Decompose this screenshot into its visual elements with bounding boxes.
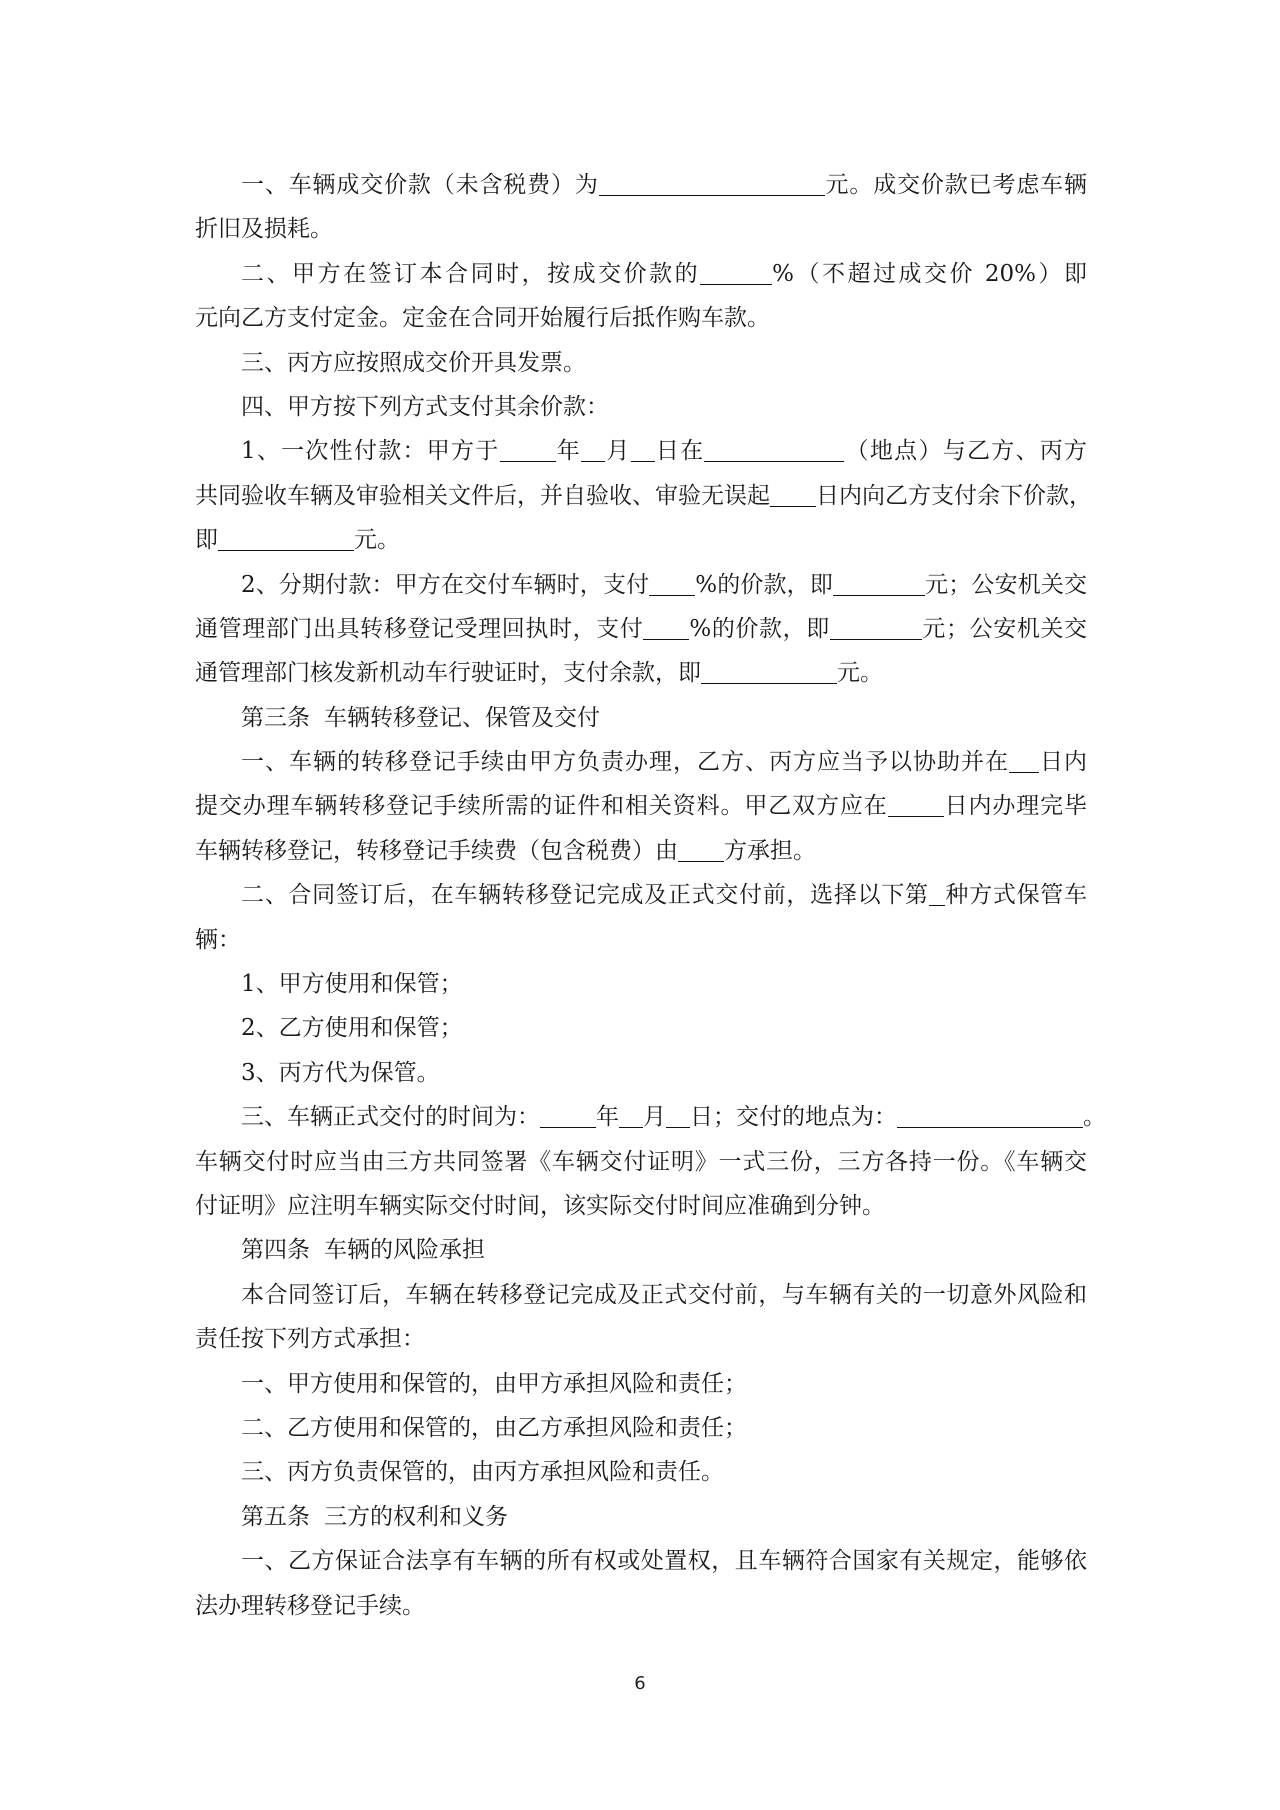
text-run: 车辆交付时应当由三方共同签署《车辆交付证明》一式三份，三方各持一份。《车辆交 <box>195 1149 1087 1175</box>
paragraph-line: 1、一次性付款：甲方于年月日在（地点）与乙方、丙方 <box>195 429 1087 473</box>
text-run: 元。 <box>837 660 883 686</box>
text-run: 一、车辆的转移登记手续由甲方负责办理，乙方、丙方应当予以协助并在 <box>241 749 1009 775</box>
text-run: 元向乙方支付定金。定金在合同开始履行后抵作购车款。 <box>195 305 770 331</box>
paragraph-line: 责任按下列方式承担： <box>195 1317 1087 1361</box>
text-run: 日在 <box>655 438 705 464</box>
article-number: 第四条 <box>241 1237 310 1263</box>
text-run: 折旧及损耗。 <box>195 216 333 242</box>
text-run: 2、乙方使用和保管； <box>241 1015 463 1041</box>
paragraph-line: 1、甲方使用和保管； <box>195 962 1087 1006</box>
paragraph-line: 2、分期付款：甲方在交付车辆时，支付%的价款，即元；公安机关交 <box>195 563 1087 607</box>
text-run: 月 <box>605 438 631 464</box>
paragraph-line: 付证明》应注明车辆实际交付时间，该实际交付时间应准确到分钟。 <box>195 1184 1087 1228</box>
text-run: 通管理部门核发新机动车行驶证时，支付余款，即 <box>195 660 701 686</box>
text-run: 1、甲方使用和保管； <box>241 971 463 997</box>
article-heading: 第三条车辆转移登记、保管及交付 <box>195 696 1087 740</box>
fill-in-blank[interactable] <box>649 569 695 596</box>
text-run: 元。成交价款已考虑车辆 <box>825 172 1087 198</box>
text-run: 元；公安机关交 <box>922 616 1087 642</box>
text-run: 元。 <box>354 527 400 553</box>
fill-in-blank[interactable] <box>1009 746 1039 773</box>
article-heading: 第五条三方的权利和义务 <box>195 1495 1087 1539</box>
paragraph-line: 辆： <box>195 918 1087 962</box>
text-run: 元；公安机关交 <box>925 572 1087 598</box>
text-run: 日内向乙方支付余下价款， <box>816 483 1092 509</box>
fill-in-blank[interactable] <box>888 790 944 817</box>
paragraph-line: 一、车辆的转移登记手续由甲方负责办理，乙方、丙方应当予以协助并在日内 <box>195 740 1087 784</box>
text-run: 日内 <box>1039 749 1087 775</box>
text-run: 通管理部门出具转移登记受理回执时，支付 <box>195 616 643 642</box>
paragraph-line: 三、丙方应按照成交价开具发票。 <box>195 341 1087 385</box>
article-number: 第三条 <box>241 705 310 731</box>
text-run: 方承担。 <box>724 838 816 864</box>
paragraph-line: 一、乙方保证合法享有车辆的所有权或处置权，且车辆符合国家有关规定，能够依 <box>195 1539 1087 1583</box>
paragraph-line: 折旧及损耗。 <box>195 207 1087 251</box>
text-run: 1、一次性付款：甲方于 <box>241 438 500 464</box>
paragraph-line: 共同验收车辆及审验相关文件后，并自验收、审验无误起日内向乙方支付余下价款， <box>195 474 1087 518</box>
paragraph-line: 通管理部门出具转移登记受理回执时，支付%的价款，即元；公安机关交 <box>195 607 1087 651</box>
text-run: 年 <box>596 1104 619 1130</box>
text-run: 一、甲方使用和保管的，由甲方承担风险和责任； <box>241 1371 747 1397</box>
paragraph-line: 提交办理车辆转移登记手续所需的证件和相关资料。甲乙双方应在日内办理完毕 <box>195 784 1087 828</box>
paragraph-line: 3、丙方代为保管。 <box>195 1051 1087 1095</box>
fill-in-blank[interactable] <box>833 569 925 596</box>
paragraph-line: 四、甲方按下列方式支付其余价款： <box>195 385 1087 429</box>
paragraph-line: 二、合同签订后，在车辆转移登记完成及正式交付前，选择以下第种方式保管车 <box>195 873 1087 917</box>
text-run: 月 <box>643 1104 666 1130</box>
paragraph-line: 二、甲方在签订本合同时，按成交价款的%（不超过成交价 20%）即 <box>195 252 1087 296</box>
text-run: 2、分期付款：甲方在交付车辆时，支付 <box>241 572 649 598</box>
text-run: %（不超过成交价 20%）即 <box>772 261 1087 287</box>
fill-in-blank[interactable] <box>666 1101 690 1128</box>
text-run: 一、车辆成交价款（未含税费）为 <box>241 172 599 198</box>
text-run: 二、合同签订后，在车辆转移登记完成及正式交付前，选择以下第 <box>241 882 929 908</box>
page-number: 6 <box>0 1673 1280 1694</box>
text-run: 共同验收车辆及审验相关文件后，并自验收、审验无误起 <box>195 483 770 509</box>
text-run: 四、甲方按下列方式支付其余价款： <box>241 394 609 420</box>
text-run: 日内办理完毕 <box>944 793 1087 819</box>
paragraph-line: 本合同签订后，车辆在转移登记完成及正式交付前，与车辆有关的一切意外风险和 <box>195 1273 1087 1317</box>
text-run: 3、丙方代为保管。 <box>241 1060 440 1086</box>
paragraph-line: 三、丙方负责保管的，由丙方承担风险和责任。 <box>195 1450 1087 1494</box>
text-run: 车辆转移登记，转移登记手续费（包含税费）由 <box>195 838 678 864</box>
text-run: %的价款，即 <box>695 572 833 598</box>
article-heading: 第四条车辆的风险承担 <box>195 1228 1087 1272</box>
text-run: 付证明》应注明车辆实际交付时间，该实际交付时间应准确到分钟。 <box>195 1193 885 1219</box>
paragraph-line: 法办理转移登记手续。 <box>195 1584 1087 1628</box>
fill-in-blank[interactable] <box>678 835 724 862</box>
paragraph-line: 一、甲方使用和保管的，由甲方承担风险和责任； <box>195 1362 1087 1406</box>
paragraph-line: 车辆交付时应当由三方共同签署《车辆交付证明》一式三份，三方各持一份。《车辆交 <box>195 1140 1087 1184</box>
fill-in-blank[interactable] <box>540 1101 596 1128</box>
text-run: 二、甲方在签订本合同时，按成交价款的 <box>241 261 700 287</box>
text-run: 本合同签订后，车辆在转移登记完成及正式交付前，与车辆有关的一切意外风险和 <box>241 1282 1087 1308</box>
paragraph-line: 三、车辆正式交付的时间为：年月日；交付的地点为：。 <box>195 1095 1087 1139</box>
article-number: 第五条 <box>241 1504 310 1530</box>
fill-in-blank[interactable] <box>619 1101 643 1128</box>
fill-in-blank[interactable] <box>770 480 816 507</box>
article-title: 三方的权利和义务 <box>324 1504 508 1530</box>
fill-in-blank[interactable] <box>500 435 556 462</box>
article-title: 车辆转移登记、保管及交付 <box>324 705 600 731</box>
fill-in-blank[interactable] <box>700 258 772 285</box>
text-run: 三、车辆正式交付的时间为： <box>241 1104 540 1130</box>
fill-in-blank[interactable] <box>830 613 922 640</box>
paragraph-line: 即元。 <box>195 518 1087 562</box>
paragraph-line: 车辆转移登记，转移登记手续费（包含税费）由方承担。 <box>195 829 1087 873</box>
text-run: 日；交付的地点为： <box>690 1104 897 1130</box>
fill-in-blank[interactable] <box>704 435 844 462</box>
text-run: 一、乙方保证合法享有车辆的所有权或处置权，且车辆符合国家有关规定，能够依 <box>241 1548 1087 1574</box>
fill-in-blank[interactable] <box>631 435 655 462</box>
paragraph-line: 2、乙方使用和保管； <box>195 1006 1087 1050</box>
text-run: 种方式保管车 <box>945 882 1087 908</box>
text-run: 三、丙方负责保管的，由丙方承担风险和责任。 <box>241 1459 724 1485</box>
fill-in-blank[interactable] <box>218 524 354 551</box>
fill-in-blank[interactable] <box>643 613 689 640</box>
text-run: 提交办理车辆转移登记手续所需的证件和相关资料。甲乙双方应在 <box>195 793 888 819</box>
text-run: %的价款，即 <box>689 616 829 642</box>
text-run: 。 <box>1083 1104 1106 1130</box>
fill-in-blank[interactable] <box>897 1101 1083 1128</box>
fill-in-blank[interactable] <box>599 169 825 196</box>
text-run: （地点）与乙方、丙方 <box>844 438 1087 464</box>
paragraph-line: 一、车辆成交价款（未含税费）为元。成交价款已考虑车辆 <box>195 163 1087 207</box>
text-run: 辆： <box>195 927 241 953</box>
document-page: 一、车辆成交价款（未含税费）为元。成交价款已考虑车辆折旧及损耗。二、甲方在签订本… <box>195 163 1087 1628</box>
text-run: 三、丙方应按照成交价开具发票。 <box>241 350 586 376</box>
fill-in-blank[interactable] <box>929 879 945 906</box>
article-title: 车辆的风险承担 <box>324 1237 485 1263</box>
paragraph-line: 二、乙方使用和保管的，由乙方承担风险和责任； <box>195 1406 1087 1450</box>
text-run: 责任按下列方式承担： <box>195 1326 425 1352</box>
fill-in-blank[interactable] <box>701 657 837 684</box>
fill-in-blank[interactable] <box>581 435 605 462</box>
paragraph-line: 通管理部门核发新机动车行驶证时，支付余款，即元。 <box>195 651 1087 695</box>
text-run: 即 <box>195 527 218 553</box>
text-run: 法办理转移登记手续。 <box>195 1593 425 1619</box>
text-run: 年 <box>556 438 582 464</box>
text-run: 二、乙方使用和保管的，由乙方承担风险和责任； <box>241 1415 747 1441</box>
paragraph-line: 元向乙方支付定金。定金在合同开始履行后抵作购车款。 <box>195 296 1087 340</box>
